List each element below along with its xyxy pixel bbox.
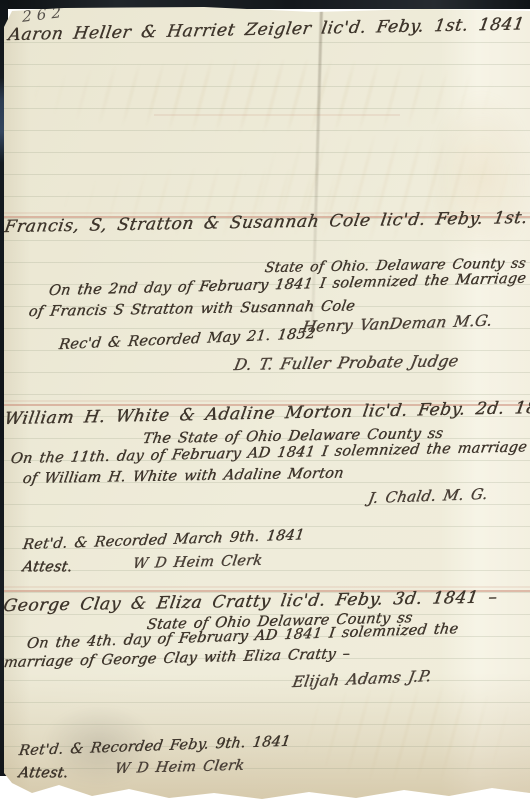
officiant-signature: J. Chald. M. G. [367,485,490,507]
bleed-through-writing [289,683,524,783]
recorded-line: Ret'd. & Recorded March 9th. 1841 [22,527,306,553]
entry-heading-white: William H. White & Adaline Morton lic'd.… [3,397,530,429]
solemnization-line: of William H. White with Adaline Morton [21,465,344,487]
clerk-signature: W D Heim Clerk [132,553,264,572]
entry-heading-heller: Aaron Heller & Harriet Zeigler lic'd. Fe… [7,14,530,45]
officiant-signature: Elijah Adams J.P. [291,667,433,691]
paper-stain [429,92,530,262]
officiant-signature: Henry VanDeman M.G. [301,311,494,336]
recorded-line: Rec'd & Recorded May 21. 1852 [58,326,317,353]
attest-label: Attest. [17,765,70,781]
judge-signature: D. T. Fuller Probate Judge [232,351,460,374]
attest-label: Attest. [21,559,74,575]
red-rule-faint [154,114,400,116]
scanned-ledger-page: 262 Aaron Heller & Harriet Zeigler lic'd… [0,0,530,800]
scan-edge-top [0,0,530,9]
clerk-signature: W D Heim Clerk [114,758,246,777]
solemnization-line: of Francis S Stratton with Susannah Cole [27,298,356,320]
ledger-paper: 262 Aaron Heller & Harriet Zeigler lic'd… [4,7,530,800]
